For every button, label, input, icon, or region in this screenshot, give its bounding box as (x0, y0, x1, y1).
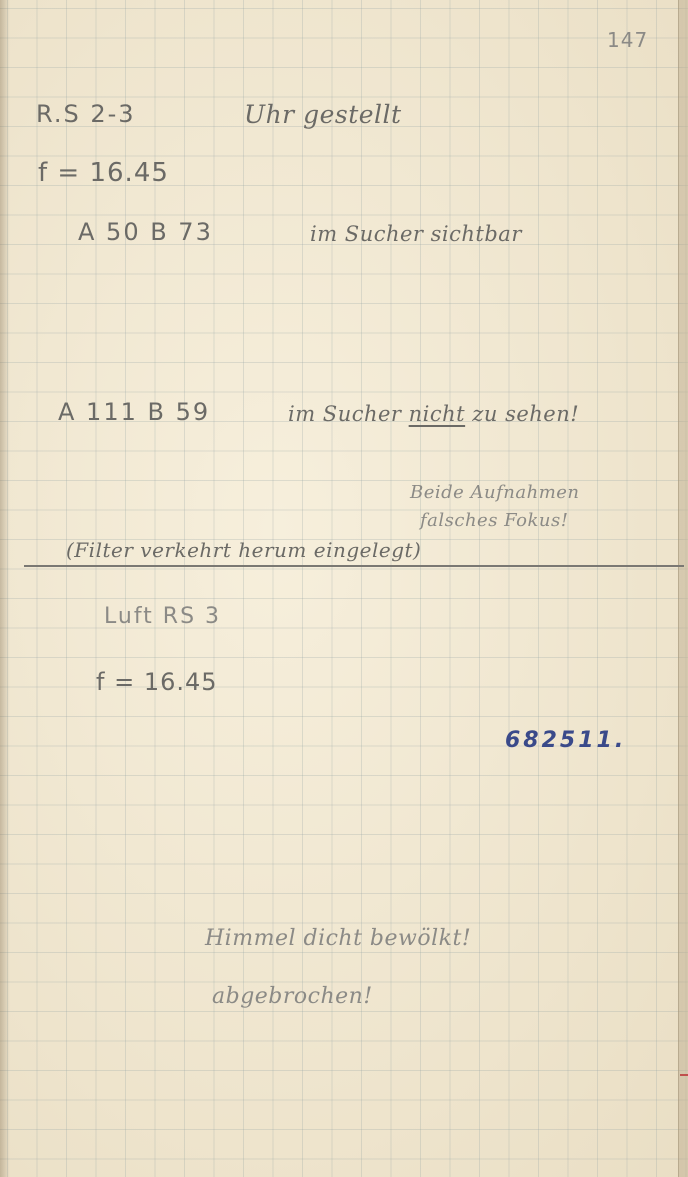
entry-luft-rs-3: Luft RS 3 (104, 604, 221, 629)
entry-f-value-2: f = 16.45 (96, 668, 218, 696)
archive-stamp-number: 682511. (505, 728, 626, 753)
entry-rs-2-3-left: R.S 2-3 (36, 100, 136, 128)
section-divider (24, 565, 684, 567)
side-note-line-2: falsches Fokus! (420, 510, 569, 531)
entry-a111-emphasis: nicht (409, 402, 465, 426)
entry-a111-right: im Sucher nicht zu sehen! (288, 402, 579, 426)
entry-a111-left: A 111 B 59 (58, 398, 210, 426)
entry-a50-right: im Sucher sichtbar (310, 222, 522, 246)
closing-note-line-2: abgebrochen! (212, 984, 373, 1009)
binding-shadow (0, 0, 10, 1177)
page-edge (678, 0, 688, 1177)
entry-rs-2-3-right: Uhr gestellt (244, 100, 402, 129)
page-number: 147 (607, 28, 648, 52)
entry-a50-left: A 50 B 73 (78, 218, 213, 246)
closing-note-line-1: Himmel dicht bewölkt! (205, 926, 471, 951)
entry-f-value-1: f = 16.45 (38, 158, 169, 188)
red-margin-mark (680, 1074, 688, 1076)
entry-a111-text-before: im Sucher (288, 402, 409, 426)
entry-a111-text-after: zu sehen! (465, 402, 579, 426)
filter-note: (Filter verkehrt herum eingelegt) (66, 538, 421, 562)
side-note-line-1: Beide Aufnahmen (410, 482, 580, 503)
notebook-page: 147 R.S 2-3 Uhr gestellt f = 16.45 A 50 … (0, 0, 688, 1177)
